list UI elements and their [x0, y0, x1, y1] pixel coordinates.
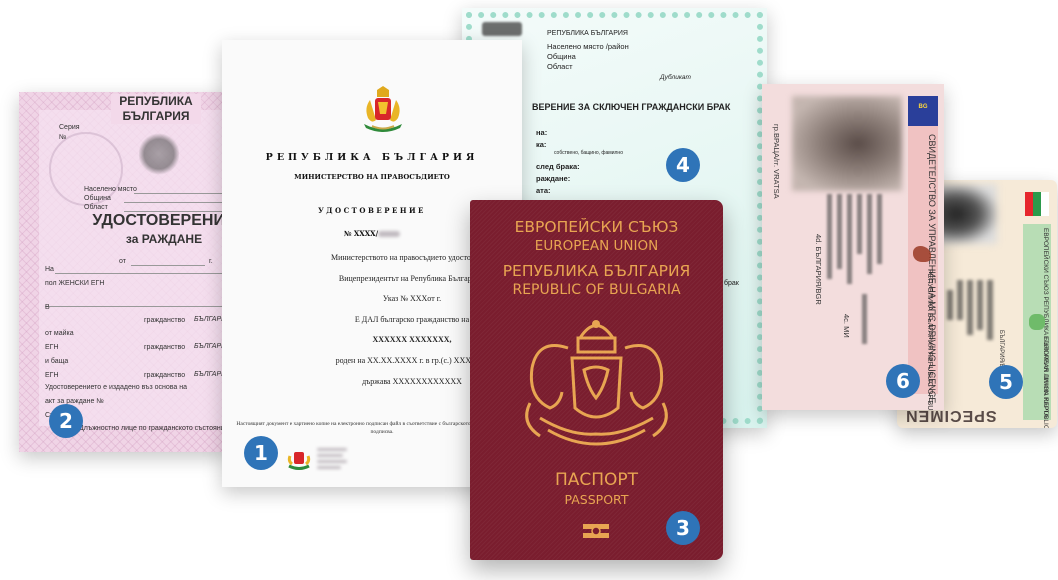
field: ата:: [536, 186, 551, 195]
passport-title-bg: ПАСПОРТ: [470, 470, 723, 490]
field: на:: [536, 128, 547, 137]
card-title-bg: ЕВРОПЕЙСКИ СЪЮЗ РЕПУБЛИКА БЪЛГАРИЯ ЛИЧНА…: [1025, 228, 1049, 308]
country-heading: РЕПУБЛИКА БЪЛГАРИЯ: [222, 152, 522, 163]
redacted: [317, 460, 347, 463]
redacted: [317, 466, 341, 469]
coat-of-arms-icon: [510, 308, 683, 458]
passport-line-eu-bg: ЕВРОПЕЙСКИ СЪЮЗ: [470, 218, 723, 236]
card-title-en: EUROPEAN UNION REPUBLIC OF BULGARIA IDEN…: [1025, 336, 1049, 416]
country-line2: БЪЛГАРИЯ: [111, 109, 201, 124]
country-heading: РЕПУБЛИКА БЪЛГАРИЯ: [111, 94, 201, 124]
field-citizenship: гражданство: [144, 317, 185, 324]
country-en: REPUBLIC OF BULGARIA: [926, 352, 933, 410]
certificate-title: УДОСТОВЕРЕНИЕ: [89, 212, 229, 230]
field-citizenship: гражданство: [144, 344, 185, 351]
field-hint: собствено, бащино, фамилно: [554, 150, 623, 156]
biometric-chip-icon: [583, 524, 609, 538]
redacted: [947, 290, 953, 320]
field: раждане:: [536, 174, 570, 183]
country-bg: РЕПУБЛИКА БЪЛГАРИЯ: [926, 269, 933, 350]
field-mother-egn: ЕГН: [45, 344, 59, 351]
redacted: [977, 280, 983, 330]
redacted: [862, 294, 867, 344]
coat-of-arms-icon: [139, 132, 179, 176]
settlement-label: Населено място /район: [547, 42, 629, 52]
redacted: [378, 231, 400, 237]
redacted: [877, 194, 882, 264]
redacted: [967, 280, 973, 335]
holder-photo: [792, 96, 902, 191]
eu-flag-icon: BG: [908, 96, 938, 126]
coat-of-arms-icon: [360, 84, 406, 136]
badge-6: 6: [886, 364, 920, 398]
country-heading: РЕПУБЛИКА БЪЛГАРИЯ: [547, 30, 628, 37]
redacted: [317, 454, 343, 457]
certificate-title: ВЕРЕНИЕ ЗА СКЛЮЧЕН ГРАЖДАНСКИ БРАК: [532, 102, 730, 112]
badge-5: 5: [989, 365, 1023, 399]
field-basis: Удостоверението е издадено въз основа на: [45, 384, 187, 391]
digital-signature-info: [317, 448, 357, 469]
redacted: [317, 448, 347, 451]
series-label: Серия: [59, 124, 80, 131]
certificate-subtitle: за РАЖДАНЕ: [89, 232, 229, 246]
field-place: В: [45, 304, 50, 311]
badge-4: 4: [666, 148, 700, 182]
field-name: На: [45, 266, 54, 273]
field-birth-act: акт за раждане №: [45, 398, 104, 405]
passport-line-eu-en: EUROPEAN UNION: [470, 238, 723, 254]
driving-licence[interactable]: BG СВИДЕТЕЛСТВО ЗА УПРАВЛЕНИЕ НА МПС DRI…: [762, 84, 944, 410]
redacted: [867, 194, 872, 274]
field-mother: от майка: [45, 330, 74, 337]
field-official: Длъжностно лице по гражданското състояни…: [79, 425, 229, 432]
badge-2: 2: [49, 404, 83, 438]
field-father-egn: ЕГН: [45, 372, 59, 379]
divider: [45, 306, 229, 307]
from-label: от: [119, 258, 126, 265]
region-label: Област: [547, 62, 629, 72]
number-text: № XXXX/: [344, 229, 378, 238]
settlement-label: Населено място: [84, 186, 137, 193]
eu-code: BG: [908, 104, 938, 110]
year-suffix: г.: [209, 258, 213, 265]
birth-certificate[interactable]: РЕПУБЛИКА БЪЛГАРИЯ Серия № Населено мяст…: [19, 92, 229, 452]
redacted: [837, 194, 842, 269]
bgr-map-icon: [1029, 314, 1045, 330]
municipality-label: Община: [547, 52, 629, 62]
divider: [134, 193, 229, 194]
field-citizenship: гражданство: [144, 372, 185, 379]
signature-crest-icon: [287, 448, 311, 470]
passport-title-en: PASSPORT: [470, 492, 723, 507]
redacted: [987, 280, 993, 340]
country-line1: РЕПУБЛИКА: [111, 94, 201, 109]
passport-line-country-en: REPUBLIC OF BULGARIA: [470, 282, 723, 298]
issue-place: гр.ВРАЦА/гr. VRATSA: [772, 124, 781, 199]
bulgaria-map-icon: [913, 246, 931, 262]
field: след брака:: [536, 162, 580, 171]
divider: [124, 202, 229, 203]
emblem-icon: [482, 22, 522, 36]
bulgaria-flag-icon: [1025, 192, 1049, 216]
redacted: [957, 280, 963, 320]
divider: [131, 265, 205, 266]
municipality-label: Община: [84, 195, 111, 202]
redacted-fields: [802, 194, 892, 354]
field: ка:: [536, 140, 546, 149]
location-block: Населено място /район Община Област: [547, 42, 629, 72]
tail-text: брак: [724, 280, 739, 287]
field-father: и баща: [45, 358, 68, 365]
duplicate-label: Дубликат: [660, 74, 691, 81]
badge-1: 1: [244, 436, 278, 470]
number-label: №: [59, 134, 67, 141]
badge-3: 3: [666, 511, 700, 545]
redacted: [847, 194, 852, 284]
passport-line-country-bg: РЕПУБЛИКА БЪЛГАРИЯ: [470, 262, 723, 280]
field-sex: пол ЖЕНСКИ ЕГН: [45, 280, 104, 287]
passport[interactable]: ЕВРОПЕЙСКИ СЪЮЗ EUROPEAN UNION РЕПУБЛИКА…: [470, 200, 723, 560]
licence-title: СВИДЕТЕЛСТВО ЗА УПРАВЛЕНИЕ НА МПС DRIVIN…: [912, 134, 936, 244]
region-label: Област: [84, 204, 108, 211]
divider: [55, 273, 229, 274]
redacted: [857, 194, 862, 254]
ministry-heading: МИНИСТЕРСТВО НА ПРАВОСЪДИЕТО: [222, 173, 522, 181]
redacted: [827, 194, 832, 279]
